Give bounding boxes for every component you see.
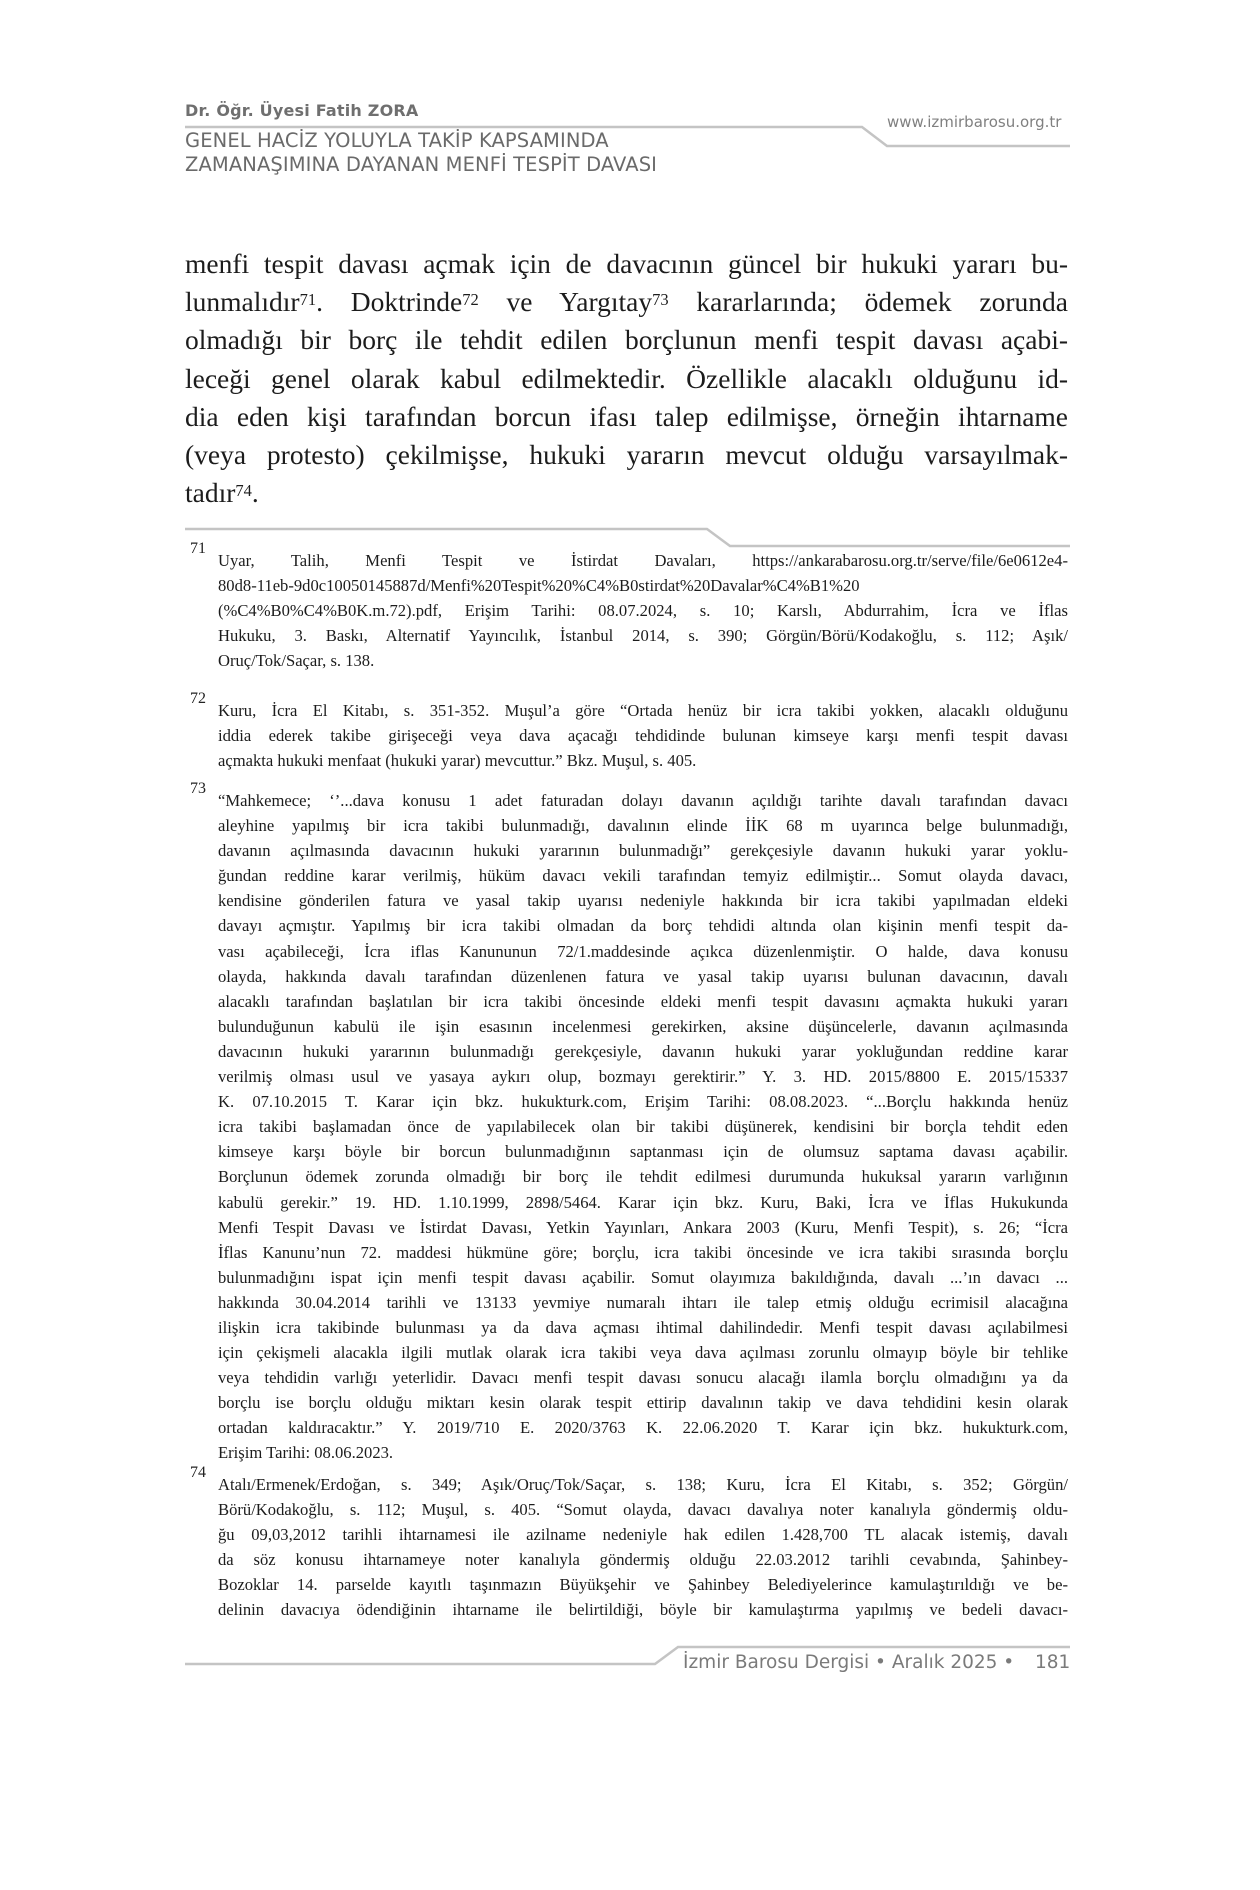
- footer-rule: [0, 0, 1260, 1890]
- page-number: 181: [1035, 1652, 1070, 1673]
- journal-footer: İzmir Barosu Dergisi • Aralık 2025 •: [683, 1652, 1014, 1673]
